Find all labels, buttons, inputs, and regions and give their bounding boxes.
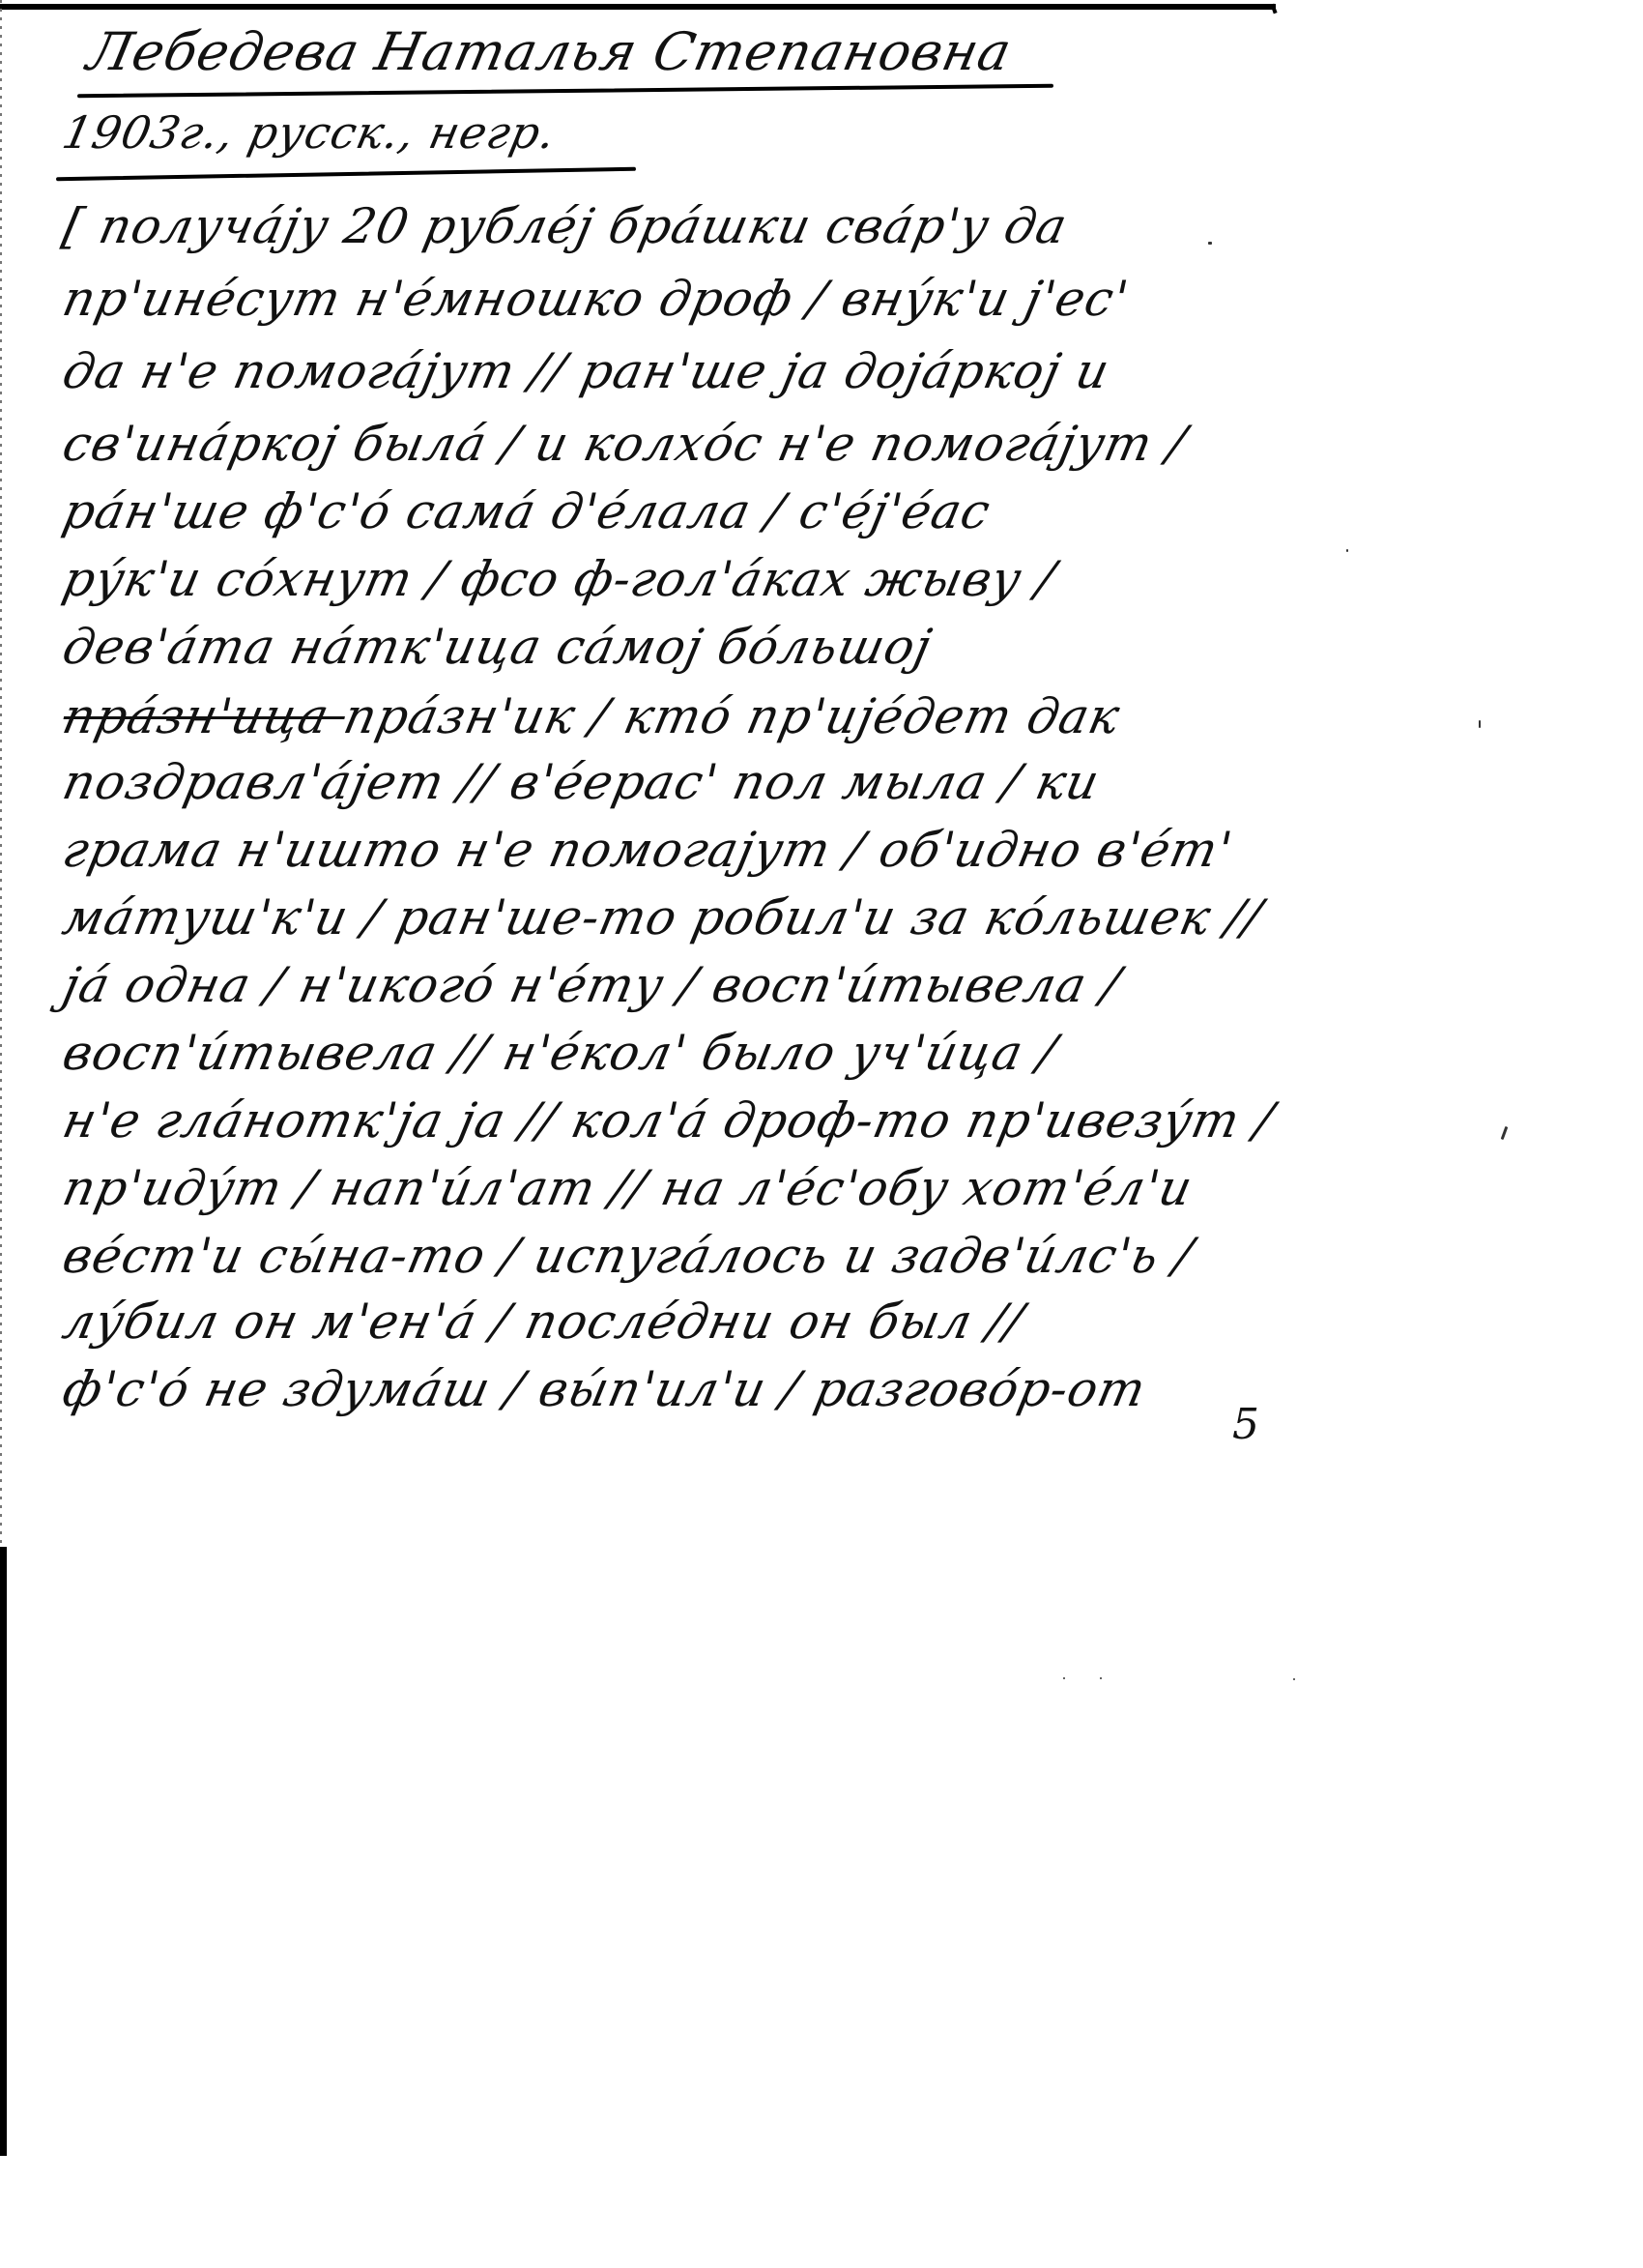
- line-text: дев'а́та на́тк'ица са́мој бо́льшој: [58, 619, 937, 675]
- details-underline: [56, 167, 636, 181]
- line-text: ве́ст'и сы́на-то / испуга́лось и задв'и́…: [58, 1228, 1198, 1284]
- document-page: Лебедева Наталья Степановна 1903г., русс…: [0, 0, 1643, 2268]
- transcription-line: грама н'ишто н'е помогаjут / об'идно в'е…: [58, 822, 1238, 878]
- line-text: поздравл'а́јет // в'е́ерас' пол мыла / к…: [58, 754, 1105, 810]
- transcription-line: поздравл'а́јет // в'е́ерас' пол мыла / к…: [58, 754, 1105, 810]
- transcription-line: ру́к'и со́хнут / фсо ф-гол'а́ках жыву /: [58, 551, 1060, 607]
- line-text: ја́ одна / н'икого́ н'е́ту / восп'и́тыве…: [58, 957, 1126, 1013]
- scan-speck: [1293, 1678, 1295, 1680]
- line-text: св'ина́ркој была́ / и колхо́с н'е помога…: [58, 416, 1192, 472]
- line-text: н'е гла́нотк'ја ја // кол'а́ дроф-то пр'…: [58, 1092, 1279, 1149]
- transcription-line: св'ина́ркој была́ / и колхо́с н'е помога…: [58, 416, 1192, 472]
- speaker-details: 1903г., русск., негр.: [58, 106, 561, 159]
- scan-speck: [1063, 1677, 1065, 1679]
- transcription-line: ве́ст'и сы́на-то / испуга́лось и задв'и́…: [58, 1228, 1198, 1284]
- scan-top-border: [0, 4, 1276, 10]
- scan-left-edge: [0, 0, 2, 1547]
- line-text: пр'иду́т / нап'и́л'ат // на л'е́с'обу хо…: [58, 1160, 1197, 1216]
- transcription-line: ја́ одна / н'икого́ н'е́ту / восп'и́тыве…: [58, 957, 1126, 1013]
- page-number: 5: [1232, 1400, 1259, 1449]
- transcription-line: н'е гла́нотк'ја ја // кол'а́ дроф-то пр'…: [58, 1092, 1279, 1149]
- line-text: пра́зн'ик / кто́ пр'иjе́дет дак: [339, 688, 1125, 744]
- scan-left-black-bar: [0, 1547, 7, 2156]
- line-text: [ получа́ју 20 рубле́ј бра́шки сва́р'у д…: [58, 198, 1073, 254]
- line-text: восп'и́тывела // н'е́кол' было уч'и́ца /: [58, 1025, 1062, 1081]
- line-text: лу́бил он м'ен'а́ / после́дни он был //: [58, 1294, 1029, 1350]
- line-text: да н'е помога́јут // ран'ше ја доја́ркој…: [58, 343, 1114, 399]
- scan-speck: [1100, 1677, 1102, 1679]
- transcription-line: лу́бил он м'ен'а́ / после́дни он был //: [58, 1294, 1029, 1350]
- scan-speck: [1346, 549, 1348, 552]
- struck-out-word: пра́зн'ица: [58, 688, 351, 744]
- line-text: ф'с'о́ не здума́ш / вы́п'ил'и / разгово́…: [58, 1361, 1151, 1417]
- transcription-line: восп'и́тывела // н'е́кол' было уч'и́ца /: [58, 1025, 1062, 1081]
- line-text: ма́туш'к'и / ран'ше-то робил'и за ко́льш…: [58, 889, 1267, 945]
- name-underline: [77, 84, 1053, 99]
- transcription-line: да н'е помога́јут // ран'ше ја доја́ркој…: [58, 343, 1114, 399]
- scan-speck: [1208, 242, 1212, 245]
- transcription-line: пр'ине́сут н'е́мношко дроф / вну́к'и ј'е…: [58, 271, 1134, 327]
- transcription-line: дев'а́та на́тк'ица са́мој бо́льшој: [58, 619, 937, 675]
- scan-top-border-corner: [1270, 4, 1277, 15]
- speaker-name: Лебедева Наталья Степановна: [82, 21, 1017, 82]
- scan-speck: [1501, 1126, 1509, 1140]
- transcription-line: пр'иду́т / нап'и́л'ат // на л'е́с'обу хо…: [58, 1160, 1197, 1216]
- transcription-line: ра́н'ше ф'с'о́ сама́ д'е́лала / с'е́ј'е́…: [58, 483, 995, 539]
- line-text: ра́н'ше ф'с'о́ сама́ д'е́лала / с'е́ј'е́…: [58, 483, 995, 539]
- transcription-line: пра́зн'ица пра́зн'ик / кто́ пр'иjе́дет д…: [58, 688, 1125, 744]
- transcription-line: ф'с'о́ не здума́ш / вы́п'ил'и / разгово́…: [58, 1361, 1151, 1417]
- line-text: грама н'ишто н'е помогаjут / об'идно в'е…: [58, 822, 1238, 878]
- transcription-line: [ получа́ју 20 рубле́ј бра́шки сва́р'у д…: [58, 198, 1073, 254]
- transcription-line: ма́туш'к'и / ран'ше-то робил'и за ко́льш…: [58, 889, 1267, 945]
- line-text: ру́к'и со́хнут / фсо ф-гол'а́ках жыву /: [58, 551, 1060, 607]
- line-text: пр'ине́сут н'е́мношко дроф / вну́к'и ј'е…: [58, 271, 1134, 327]
- scan-speck: [1479, 720, 1481, 728]
